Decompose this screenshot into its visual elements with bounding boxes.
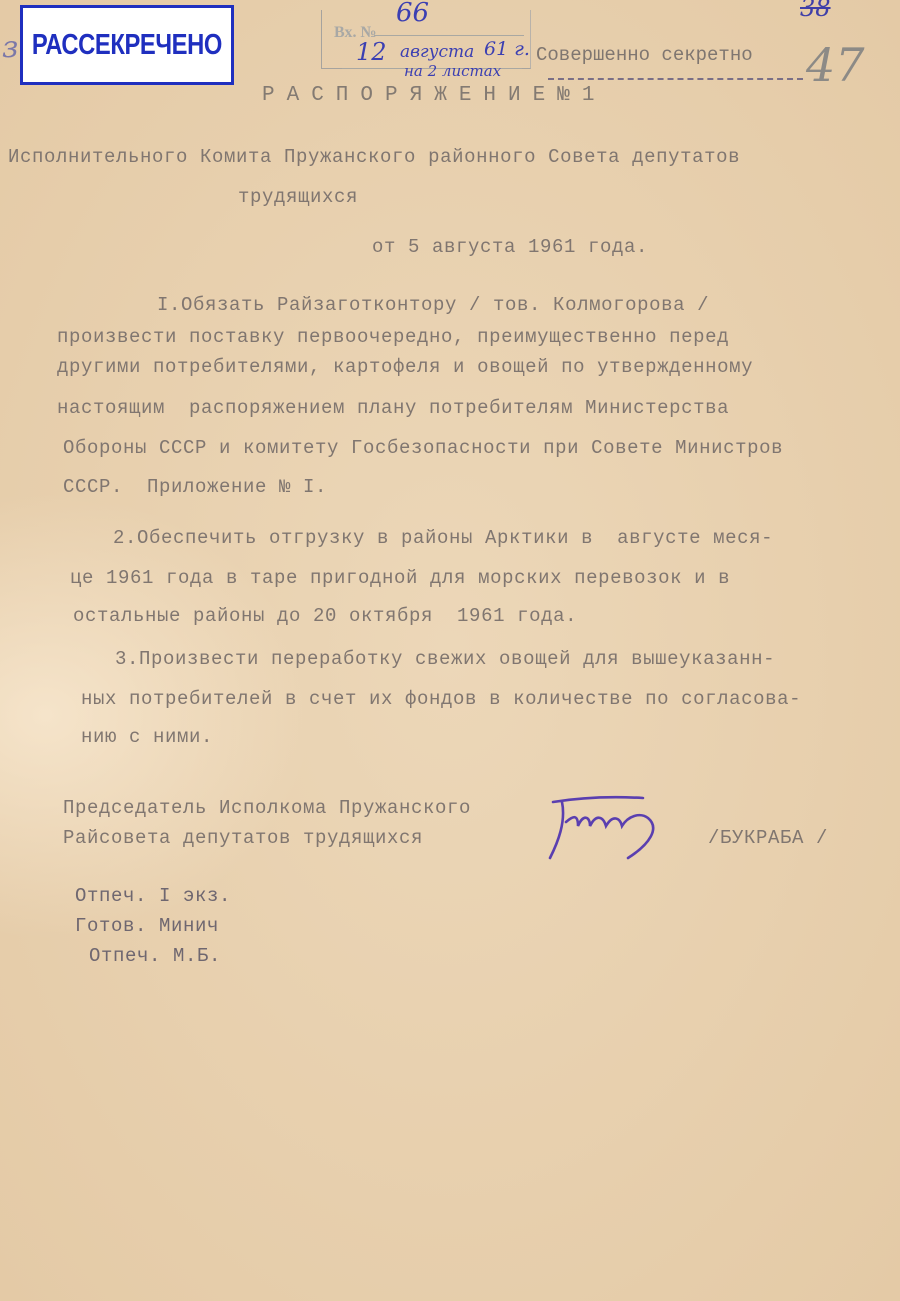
- incoming-number: 66: [396, 0, 429, 28]
- signatory-title-line-1: Председатель Исполкома Пружанского: [63, 797, 471, 819]
- item-3-line-1: 3.Произвести переработку свежих овощей д…: [115, 648, 775, 670]
- item-1-line-2: произвести поставку первоочередно, преим…: [57, 326, 729, 348]
- item-3-line-3: нию с ними.: [81, 726, 213, 748]
- item-2-line-3: остальные районы до 20 октября 1961 года…: [73, 605, 577, 627]
- issuer-line-1: Исполнительного Комита Пружанского район…: [8, 146, 740, 168]
- issuer-line-2: трудящихся: [238, 186, 358, 208]
- signatory-name: /БУКРАБА /: [708, 827, 828, 849]
- item-2-line-1: 2.Обеспечить отгрузку в районы Арктики в…: [113, 527, 773, 549]
- item-1-line-4: настоящим распоряжением плану потребител…: [57, 397, 729, 419]
- item-1-line-1: I.Обязать Райзаготконтору / тов. Колмого…: [157, 294, 709, 316]
- margin-handwritten-mark: з: [2, 30, 18, 65]
- declassified-stamp-text: РАССЕКРЕЧЕНО: [32, 29, 222, 62]
- declassified-stamp: РАССЕКРЕЧЕНО: [20, 5, 234, 85]
- incoming-date-year: 61 г.: [484, 38, 530, 60]
- item-2-line-2: це 1961 года в таре пригодной для морски…: [70, 567, 730, 589]
- signatory-title-line-2: Райсовета депутатов трудящихся: [63, 827, 423, 849]
- footer-typed-by: Отпеч. М.Б.: [89, 945, 221, 967]
- footer-prepared-by: Готов. Минич: [75, 915, 219, 937]
- incoming-number-line: [374, 35, 524, 36]
- classification-underline: [548, 78, 803, 80]
- item-1-line-6: СССР. Приложение № I.: [63, 476, 327, 498]
- footer-copies: Отпеч. I экз.: [75, 885, 231, 907]
- classification-label: Совершенно секретно: [536, 44, 753, 66]
- incoming-sheets-note: на 2 листах: [404, 62, 501, 80]
- handwritten-signature: [548, 792, 688, 867]
- document-title: РАСПОРЯЖЕНИЕ№1: [262, 84, 606, 107]
- item-1-line-5: Обороны СССР и комитету Госбезопасности …: [63, 437, 783, 459]
- item-1-line-3: другими потребителями, картофеля и овоще…: [57, 356, 753, 378]
- old-page-number: 38: [800, 0, 831, 22]
- document-date: от 5 августа 1961 года.: [372, 236, 648, 258]
- page-number: 47: [806, 38, 865, 92]
- incoming-date-day: 12: [356, 38, 387, 66]
- item-3-line-2: ных потребителей в счет их фондов в коли…: [81, 688, 801, 710]
- incoming-date-month: августа: [400, 42, 474, 62]
